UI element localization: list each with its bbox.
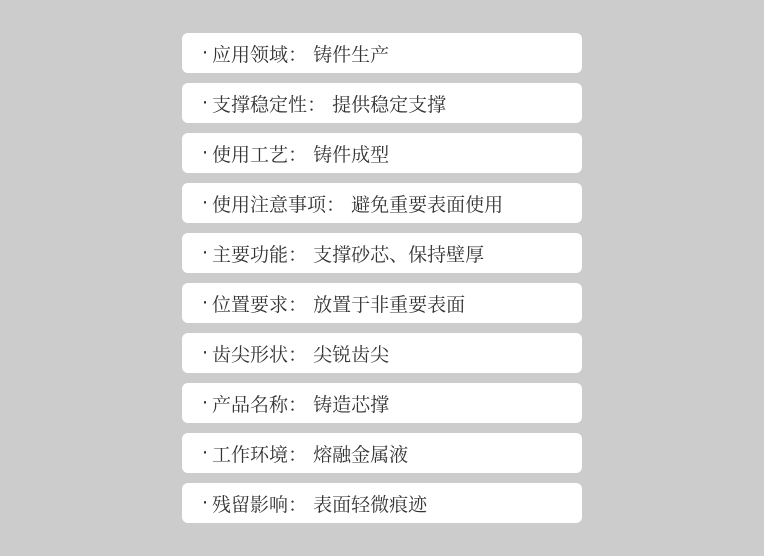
separator: ：: [307, 90, 326, 117]
bullet: ·: [202, 492, 208, 514]
separator: ：: [288, 440, 307, 467]
attribute-list: · 应用领域 ： 铸件生产 · 支撑稳定性 ： 提供稳定支撑 · 使用工艺 ： …: [182, 33, 582, 533]
attribute-value: 铸件生产: [313, 40, 389, 67]
bullet: ·: [202, 142, 208, 164]
attribute-row-position-requirement: · 位置要求 ： 放置于非重要表面: [182, 283, 582, 323]
separator: ：: [288, 240, 307, 267]
attribute-label: 产品名称: [212, 390, 288, 417]
separator: ：: [288, 290, 307, 317]
bullet: ·: [202, 342, 208, 364]
attribute-label: 残留影响: [212, 490, 288, 517]
attribute-row-process: · 使用工艺 ： 铸件成型: [182, 133, 582, 173]
attribute-value: 铸件成型: [313, 140, 389, 167]
attribute-row-residual-effect: · 残留影响 ： 表面轻微痕迹: [182, 483, 582, 523]
attribute-value: 提供稳定支撑: [332, 90, 446, 117]
attribute-row-support-stability: · 支撑稳定性 ： 提供稳定支撑: [182, 83, 582, 123]
bullet: ·: [202, 242, 208, 264]
attribute-row-working-environment: · 工作环境 ： 熔融金属液: [182, 433, 582, 473]
separator: ：: [326, 190, 345, 217]
attribute-label: 应用领域: [212, 40, 288, 67]
attribute-value: 避免重要表面使用: [351, 190, 503, 217]
attribute-label: 工作环境: [212, 440, 288, 467]
separator: ：: [288, 140, 307, 167]
separator: ：: [288, 40, 307, 67]
attribute-value: 支撑砂芯、保持壁厚: [313, 240, 484, 267]
attribute-label: 支撑稳定性: [212, 90, 307, 117]
bullet: ·: [202, 442, 208, 464]
bullet: ·: [202, 392, 208, 414]
attribute-value: 尖锐齿尖: [313, 340, 389, 367]
attribute-label: 主要功能: [212, 240, 288, 267]
separator: ：: [288, 390, 307, 417]
attribute-label: 位置要求: [212, 290, 288, 317]
attribute-row-product-name: · 产品名称 ： 铸造芯撑: [182, 383, 582, 423]
attribute-row-usage-notes: · 使用注意事项 ： 避免重要表面使用: [182, 183, 582, 223]
attribute-row-application-field: · 应用领域 ： 铸件生产: [182, 33, 582, 73]
bullet: ·: [202, 292, 208, 314]
attribute-value: 熔融金属液: [313, 440, 408, 467]
attribute-row-main-function: · 主要功能 ： 支撑砂芯、保持壁厚: [182, 233, 582, 273]
attribute-label: 齿尖形状: [212, 340, 288, 367]
separator: ：: [288, 340, 307, 367]
attribute-value: 放置于非重要表面: [313, 290, 465, 317]
bullet: ·: [202, 42, 208, 64]
attribute-value: 铸造芯撑: [313, 390, 389, 417]
bullet: ·: [202, 192, 208, 214]
separator: ：: [288, 490, 307, 517]
bullet: ·: [202, 92, 208, 114]
attribute-label: 使用工艺: [212, 140, 288, 167]
attribute-value: 表面轻微痕迹: [313, 490, 427, 517]
attribute-label: 使用注意事项: [212, 190, 326, 217]
attribute-row-tip-shape: · 齿尖形状 ： 尖锐齿尖: [182, 333, 582, 373]
